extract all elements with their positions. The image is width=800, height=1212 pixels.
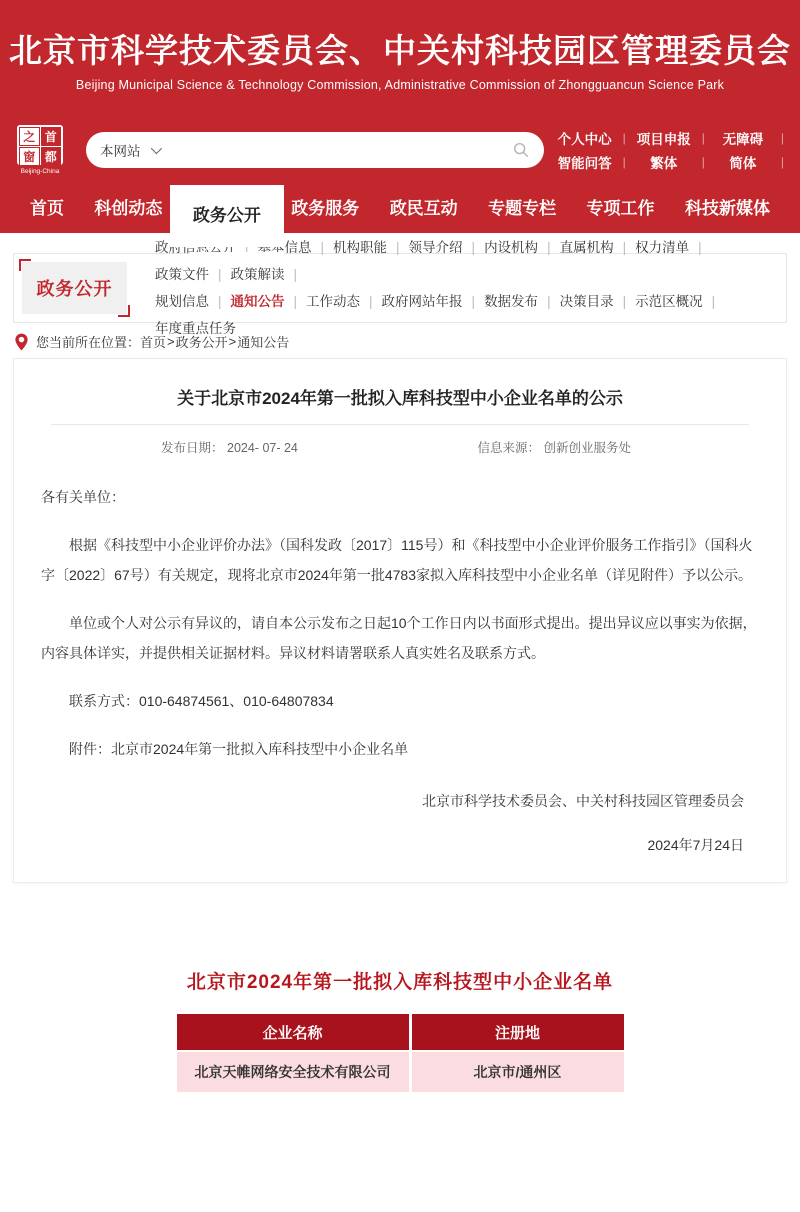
info-source: 信息来源： 创新创业服务处	[477, 438, 631, 456]
site-banner: 北京市科学技术委员会、中关村科技园区管理委员会 Beijing Municipa…	[0, 0, 800, 115]
article-meta: 发布日期： 2024- 07- 24 信息来源： 创新创业服务处	[14, 438, 786, 456]
subnav-affiliated-orgs[interactable]: 直属机构	[560, 240, 614, 255]
bottom-spacer	[0, 1092, 800, 1212]
logo-char: 都	[41, 147, 62, 166]
nav-tech-new-media[interactable]: 科技新媒体	[685, 185, 770, 233]
nav-public-interaction[interactable]: 政民互动	[390, 185, 458, 233]
divider: |	[209, 294, 231, 309]
subnav-decision-catalog[interactable]: 决策目录	[560, 294, 614, 309]
search-scope-dropdown[interactable]: 本网站	[100, 140, 171, 160]
divider: |	[360, 294, 382, 309]
subnav-notice-announcement[interactable]: 通知公告	[231, 294, 285, 309]
logo-caption: Beijing-China	[21, 168, 60, 175]
publish-date: 发布日期： 2024- 07- 24	[161, 438, 298, 456]
subnav-data-release[interactable]: 数据发布	[484, 294, 538, 309]
signature-date: 2024年7月24日	[41, 830, 759, 860]
divider: |	[779, 155, 786, 169]
divider: |	[621, 155, 628, 169]
subnav-leader-intro[interactable]: 领导介绍	[409, 240, 463, 255]
announcement-title: 关于北京市2024年第一批拟入库科技型中小企业名单的公示	[14, 359, 786, 409]
divider: |	[621, 131, 628, 145]
logo-char: 首	[41, 127, 62, 146]
nav-government-services[interactable]: 政务服务	[291, 185, 359, 233]
logo-grid: 之 首 窗 都	[17, 125, 63, 165]
search-scope-label: 本网站	[100, 140, 141, 160]
subnav-demo-zone-overview[interactable]: 示范区概况	[635, 294, 703, 309]
attachment-line[interactable]: 附件：北京市2024年第一批拟入库科技型中小企业名单	[41, 734, 759, 764]
divider: |	[703, 294, 725, 309]
divider: |	[538, 240, 560, 255]
logo-char: 窗	[19, 147, 40, 166]
divider: |	[779, 131, 786, 145]
subnav-policy-interpretation[interactable]: 政策解读	[231, 267, 285, 282]
link-simplified-chinese[interactable]: 简体	[707, 152, 779, 172]
search-input[interactable]	[171, 135, 513, 165]
table-header-company-name: 企业名称	[177, 1014, 409, 1050]
nav-special-work[interactable]: 专项工作	[587, 185, 655, 233]
publish-date-label: 发布日期：	[161, 441, 224, 455]
nav-special-columns[interactable]: 专题专栏	[488, 185, 556, 233]
enterprise-table: 企业名称 注册地 北京天帷网络安全技术有限公司 北京市/通州区	[177, 1014, 624, 1092]
divider: |	[700, 155, 707, 169]
divider: |	[689, 240, 711, 255]
main-navigation: 首页 科创动态 政务公开 政务服务 政民互动 专题专栏 专项工作 科技新媒体	[0, 185, 800, 233]
subnav-power-list[interactable]: 权力清单	[635, 240, 689, 255]
divider: |	[614, 294, 636, 309]
divider: |	[700, 131, 707, 145]
location-pin-icon	[14, 333, 29, 351]
divider: |	[285, 294, 307, 309]
subnav-row-2: 规划信息|通知公告|工作动态|政府网站年报|数据发布|决策目录|示范区概况|年度…	[155, 288, 786, 342]
paragraph-basis: 根据《科技型中小企业评价办法》（国科发政〔2017〕115号）和《科技型中小企业…	[41, 530, 759, 590]
link-traditional-chinese[interactable]: 繁体	[628, 152, 700, 172]
search-icon[interactable]	[512, 141, 530, 159]
corner-bracket	[118, 305, 130, 317]
subnav-notch	[190, 252, 284, 256]
link-smart-qa[interactable]: 智能问答	[549, 152, 621, 172]
subnav-website-annual-report[interactable]: 政府网站年报	[382, 294, 463, 309]
subnav-section-box: 政务公开	[22, 262, 127, 314]
divider: |	[285, 267, 307, 282]
site-title: 北京市科学技术委员会、中关村科技园区管理委员会	[9, 33, 791, 69]
enterprise-list-section: 北京市2024年第一批拟入库科技型中小企业名单 企业名称 注册地 北京天帷网络安…	[0, 967, 800, 1092]
info-source-label: 信息来源：	[477, 441, 540, 455]
divider: |	[387, 240, 409, 255]
announcement-card: 关于北京市2024年第一批拟入库科技型中小企业名单的公示 发布日期： 2024-…	[13, 358, 787, 883]
topbar: 之 首 窗 都 Beijing-China 本网站 个人中心 | 项目申报 | …	[0, 115, 800, 185]
divider: |	[463, 294, 485, 309]
table-cell-registration-place: 北京市/通州区	[412, 1052, 624, 1092]
quick-links-row-1: 个人中心 | 项目申报 | 无障碍 |	[549, 128, 786, 148]
info-source-value: 创新创业服务处	[543, 441, 631, 455]
table-cell-company-name: 北京天帷网络安全技术有限公司	[177, 1052, 409, 1092]
subnav-work-dynamics[interactable]: 工作动态	[306, 294, 360, 309]
link-project-declare[interactable]: 项目申报	[628, 128, 700, 148]
breadcrumb-label: 您当前所在位置：	[36, 332, 140, 351]
quick-links-row-2: 智能问答 | 繁体 | 简体 |	[549, 152, 786, 172]
divider: |	[209, 267, 231, 282]
signature-org: 北京市科学技术委员会、中关村科技园区管理委员会	[41, 786, 759, 816]
site-title-english: Beijing Municipal Science & Technology C…	[76, 78, 724, 92]
divider: |	[463, 240, 485, 255]
divider: |	[312, 240, 334, 255]
divider: |	[538, 294, 560, 309]
nav-sci-innovation-news[interactable]: 科创动态	[94, 185, 162, 233]
salutation: 各有关单位：	[41, 482, 759, 512]
nav-home[interactable]: 首页	[30, 185, 64, 233]
chevron-down-icon	[150, 143, 161, 154]
subnav-links: 政府信息公开|基本信息|机构职能|领导介绍|内设机构|直属机构|权力清单|政策文…	[155, 234, 786, 342]
enterprise-list-title: 北京市2024年第一批拟入库科技型中小企业名单	[0, 967, 800, 994]
table-header-registration-place: 注册地	[412, 1014, 624, 1050]
title-divider	[51, 424, 749, 425]
corner-bracket	[19, 259, 31, 271]
logo-char: 之	[19, 127, 40, 146]
subnav-policy-documents[interactable]: 政策文件	[155, 267, 209, 282]
paragraph-objection: 单位或个人对公示有异议的，请自本公示发布之日起10个工作日内以书面形式提出。提出…	[41, 608, 759, 668]
subnav-annual-key-tasks[interactable]: 年度重点任务	[155, 321, 236, 336]
subnav-panel: 政务公开 政府信息公开|基本信息|机构职能|领导介绍|内设机构|直属机构|权力清…	[13, 253, 787, 323]
link-accessibility[interactable]: 无障碍	[707, 128, 779, 148]
divider: |	[614, 240, 636, 255]
subnav-section-title: 政务公开	[37, 275, 113, 301]
publish-date-value: 2024- 07- 24	[227, 441, 298, 455]
capital-window-logo[interactable]: 之 首 窗 都 Beijing-China	[12, 125, 68, 175]
subnav-org-functions[interactable]: 机构职能	[333, 240, 387, 255]
contact-line: 联系方式：010-64874561、010-64807834	[41, 686, 759, 716]
subnav-internal-orgs[interactable]: 内设机构	[484, 240, 538, 255]
article-body: 各有关单位： 根据《科技型中小企业评价办法》（国科发政〔2017〕115号）和《…	[14, 482, 786, 860]
quick-links: 个人中心 | 项目申报 | 无障碍 | 智能问答 | 繁体 | 简体 |	[549, 128, 788, 172]
nav-government-affairs-disclosure[interactable]: 政务公开	[170, 185, 284, 247]
search-bar[interactable]: 本网站	[86, 132, 544, 168]
subnav-planning-info[interactable]: 规划信息	[155, 294, 209, 309]
link-personal-center[interactable]: 个人中心	[549, 128, 621, 148]
